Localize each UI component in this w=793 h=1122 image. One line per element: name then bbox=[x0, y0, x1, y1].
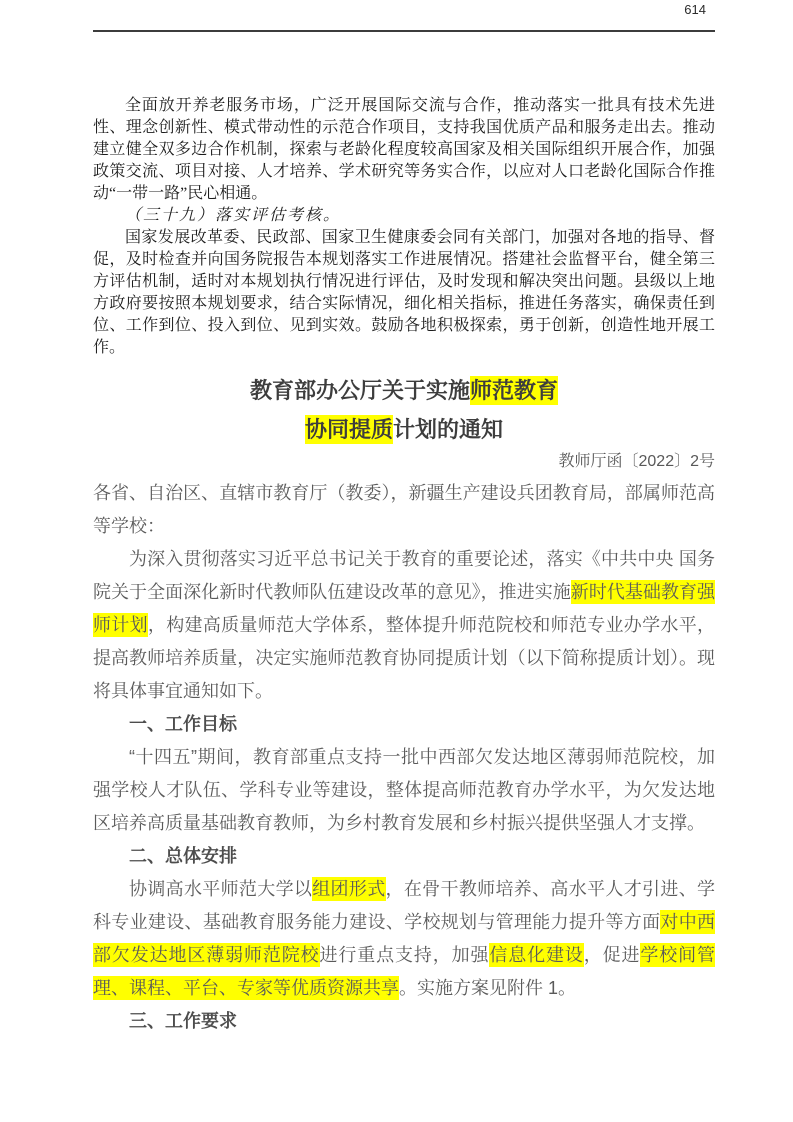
section-heading-1: 一、工作目标 bbox=[93, 708, 715, 741]
notice-title-line2: 协同提质计划的通知 bbox=[93, 410, 715, 449]
document-page: 614 全面放开养老服务市场，广泛开展国际交流与合作，推动落实一批具有技术先进性… bbox=[0, 0, 793, 1122]
text-segment: ，构建高质量师范大学体系，整体提升师范院校和师范专业办学水平，提高教师培养质量，… bbox=[93, 615, 715, 701]
text-segment: 进行重点支持，加强 bbox=[320, 945, 490, 965]
section-paragraph-1: “十四五”期间，教育部重点支持一批中西部欠发达地区薄弱师范院校，加强学校人才队伍… bbox=[93, 741, 715, 840]
clause-heading: （三十九）落实评估考核。 bbox=[93, 205, 715, 227]
paragraph: 国家发展改革委、民政部、国家卫生健康委会同有关部门，加强对各地的指导、督促，及时… bbox=[93, 227, 715, 359]
notice-title: 教育部办公厅关于实施师范教育 协同提质计划的通知 bbox=[93, 371, 715, 449]
section-heading-3: 三、工作要求 bbox=[93, 1005, 715, 1038]
paragraph: 全面放开养老服务市场，广泛开展国际交流与合作，推动落实一批具有技术先进性、理念创… bbox=[93, 95, 715, 205]
text-segment: ，促进 bbox=[584, 945, 641, 965]
text-segment: 。实施方案见附件 1。 bbox=[399, 978, 576, 998]
page-number: 614 bbox=[684, 2, 706, 18]
highlighted-text: 协同提质 bbox=[305, 415, 393, 444]
header-divider-rule bbox=[93, 30, 715, 32]
page-content: 全面放开养老服务市场，广泛开展国际交流与合作，推动落实一批具有技术先进性、理念创… bbox=[93, 95, 715, 1038]
text-segment: “十四五”期间，教育部重点支持一批中西部欠发达地区薄弱师范院校，加强学校人才队伍… bbox=[93, 747, 715, 833]
previous-document-section: 全面放开养老服务市场，广泛开展国际交流与合作，推动落实一批具有技术先进性、理念创… bbox=[93, 95, 715, 359]
document-number: 教师厅函〔2022〕2号 bbox=[93, 451, 715, 473]
notice-body: 各省、自治区、直辖市教育厅（教委），新疆生产建设兵团教育局，部属师范高等学校： … bbox=[93, 477, 715, 1038]
salutation: 各省、自治区、直辖市教育厅（教委），新疆生产建设兵团教育局，部属师范高等学校： bbox=[93, 477, 715, 543]
text-segment: 协调高水平师范大学以 bbox=[129, 879, 312, 899]
text-segment: 教育部办公厅关于实施 bbox=[250, 378, 470, 403]
highlighted-text: 信息化建设 bbox=[489, 943, 583, 967]
section-paragraph-2: 协调高水平师范大学以组团形式，在骨干教师培养、高水平人才引进、学科专业建设、基础… bbox=[93, 873, 715, 1005]
highlighted-text: 师范教育 bbox=[470, 376, 558, 405]
section-heading-2: 二、总体安排 bbox=[93, 840, 715, 873]
highlighted-text: 组团形式 bbox=[312, 877, 385, 901]
intro-paragraph: 为深入贯彻落实习近平总书记关于教育的重要论述，落实《中共中央 国务院关于全面深化… bbox=[93, 543, 715, 708]
notice-title-line1: 教育部办公厅关于实施师范教育 bbox=[93, 371, 715, 410]
text-segment: 计划的通知 bbox=[393, 417, 503, 442]
